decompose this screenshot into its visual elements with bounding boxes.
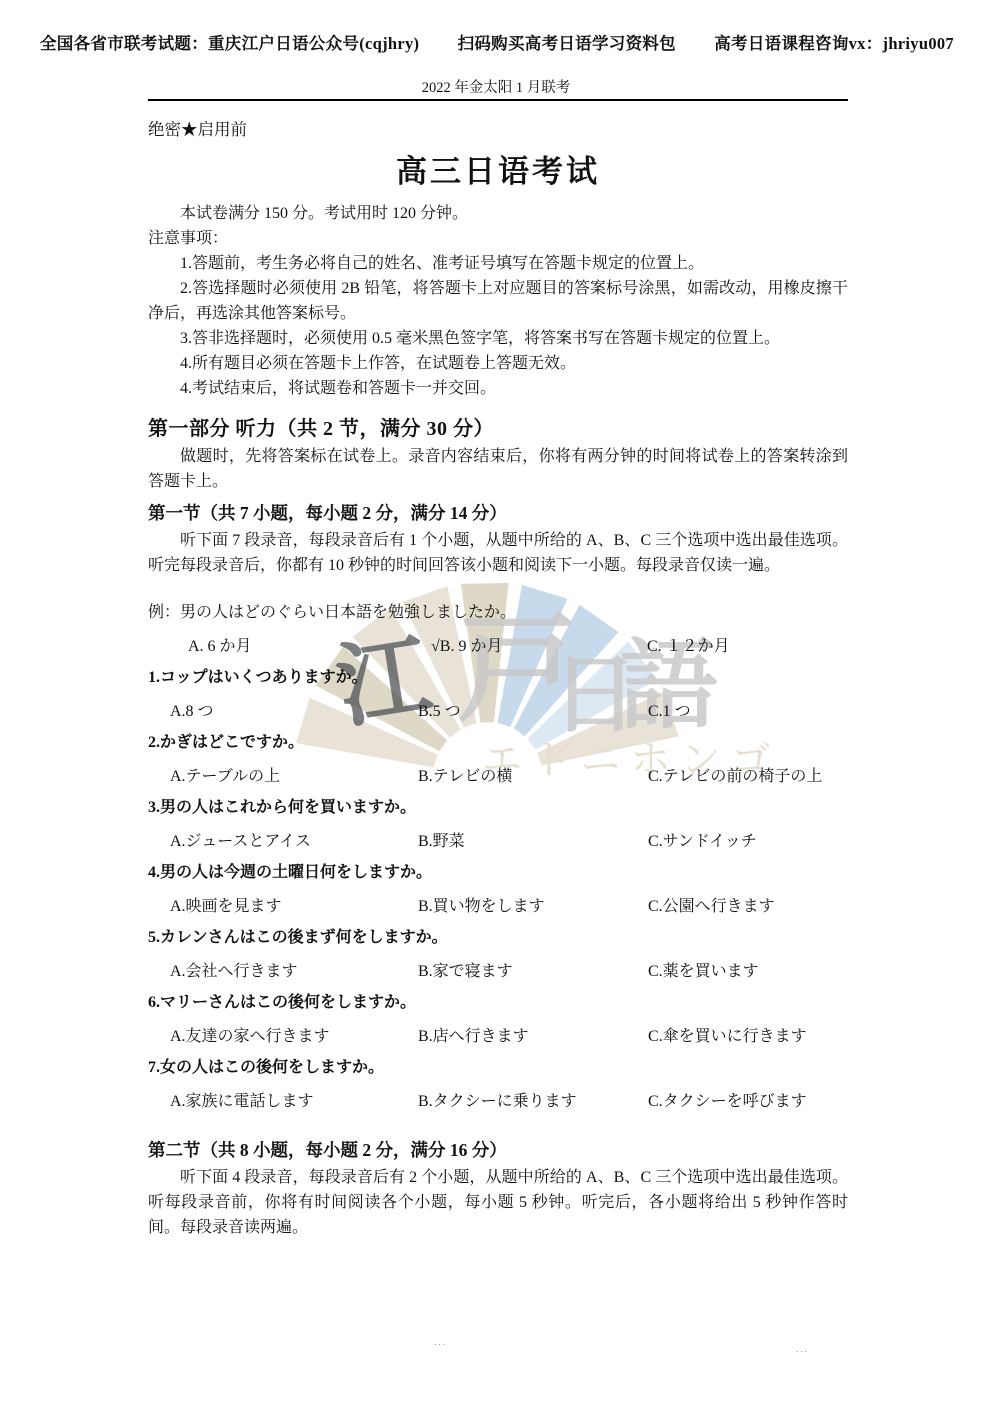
section2-block: 第二节（共 8 小题，每小题 2 分，满分 16 分） 听下面 4 段录音，每段… (148, 1137, 848, 1240)
option-b: B.タクシーに乗ります (418, 1091, 648, 1113)
header-divider (148, 99, 848, 101)
options-row: A.会社へ行きます B.家で寝ます C.薬を買います (148, 961, 848, 983)
question-block: 2.かぎはどこですか。 A.テーブルの上 B.テレビの横 C.テレビの前の椅子の… (148, 732, 848, 788)
page-title: 高三日语考试 (148, 146, 848, 191)
note-item: 4.考试结束后，将试题卷和答题卡一并交回。 (148, 376, 848, 401)
option-b: B.テレビの横 (418, 766, 648, 788)
option-c: C.サンドイッチ (648, 831, 848, 853)
promo-right-text: 高考日语课程咨询vx：jhriyu007 (714, 30, 954, 54)
note-item: 4.所有题目必须在答题卡上作答，在试题卷上答题无效。 (148, 351, 848, 376)
section2-heading: 第二节（共 8 小题，每小题 2 分，满分 16 分） (148, 1137, 848, 1162)
option-a: A.家族に電話します (170, 1091, 418, 1113)
example-options-row: A. 6 か月 √B. 9 か月 C. １２か月 (148, 636, 848, 658)
note-item: 2.答选择题时必须使用 2B 铅笔，将答题卡上对应题目的答案标号涂黑，如需改动，… (148, 276, 848, 326)
option-c: C.1 つ (648, 701, 848, 723)
option-b: B.家で寝ます (418, 961, 648, 983)
footer-print-mark-right: ··· (796, 1348, 809, 1356)
part1-intro: 做题时，先将答案标在试卷上。录音内容结束后，你将有两分钟的时间将试卷上的答案转涂… (148, 444, 848, 494)
question-stem: 5.カレンさんはこの後まず何をしますか。 (148, 927, 848, 949)
promo-header: 全国各省市联考试题：重庆江户日语公众号(cqjhry) 扫码购买高考日语学习资料… (40, 30, 954, 54)
notes-label: 注意事项： (148, 226, 848, 251)
option-a: A.友達の家へ行きます (170, 1026, 418, 1048)
example-block: 例：男の人はどのぐらい日本語を勉強しましたか。 A. 6 か月 √B. 9 か月… (148, 602, 848, 658)
options-row: A.家族に電話します B.タクシーに乗ります C.タクシーを呼びます (148, 1091, 848, 1113)
question-stem: 7.女の人はこの後何をしますか。 (148, 1057, 848, 1079)
exam-paper-page: 江 戸 日 語 エドニホンゴ 全国各省市联考试题：重庆江户日语公众号(cqjhr… (0, 0, 992, 1403)
question-stem: 3.男の人はこれから何を買いますか。 (148, 797, 848, 819)
part1-heading: 第一部分 听力（共 2 节，满分 30 分） (148, 412, 848, 441)
option-c: C.傘を買いに行きます (648, 1026, 848, 1048)
option-b: B.5 つ (418, 701, 648, 723)
question-block: 1.コップはいくつありますか。 A.8 つ B.5 つ C.1 つ (148, 667, 848, 723)
question-block: 6.マリーさんはこの後何をしますか。 A.友達の家へ行きます B.店へ行きます … (148, 992, 848, 1048)
note-item: 3.答非选择题时，必须使用 0.5 毫米黑色签字笔，将答案书写在答题卡规定的位置… (148, 326, 848, 351)
document-body: 绝密★启用前 高三日语考试 本试卷满分 150 分。考试用时 120 分钟。 注… (148, 116, 848, 1240)
option-b: B.店へ行きます (418, 1026, 648, 1048)
promo-left-text: 全国各省市联考试题：重庆江户日语公众号(cqjhry) (40, 30, 419, 54)
option-b-checked: √B. 9 か月 (431, 636, 647, 658)
option-c: C. １２か月 (647, 636, 848, 658)
options-row: A.8 つ B.5 つ C.1 つ (148, 701, 848, 723)
option-a: A.8 つ (170, 701, 418, 723)
example-stem: 例：男の人はどのぐらい日本語を勉強しましたか。 (148, 602, 848, 624)
question-stem: 2.かぎはどこですか。 (148, 732, 848, 754)
option-a: A. 6 か月 (188, 636, 431, 658)
option-a: A.テーブルの上 (170, 766, 418, 788)
question-stem: 4.男の人は今週の土曜日何をしますか。 (148, 862, 848, 884)
question-block: 3.男の人はこれから何を買いますか。 A.ジュースとアイス B.野菜 C.サンド… (148, 797, 848, 853)
option-c: C.薬を買います (648, 961, 848, 983)
option-c: C.テレビの前の椅子の上 (648, 766, 848, 788)
options-row: A.ジュースとアイス B.野菜 C.サンドイッチ (148, 831, 848, 853)
exam-info: 本试卷满分 150 分。考试用时 120 分钟。 (148, 201, 848, 226)
section2-intro: 听下面 4 段录音，每段录音后有 2 个小题，从题中所给的 A、B、C 三个选项… (148, 1165, 848, 1240)
option-a: A.映画を見ます (170, 896, 418, 918)
section1-heading: 第一节（共 7 小题，每小题 2 分，满分 14 分） (148, 500, 848, 525)
option-b: B.野菜 (418, 831, 648, 853)
option-a: A.会社へ行きます (170, 961, 418, 983)
question-block: 7.女の人はこの後何をしますか。 A.家族に電話します B.タクシーに乗ります … (148, 1057, 848, 1113)
options-row: A.テーブルの上 B.テレビの横 C.テレビの前の椅子の上 (148, 766, 848, 788)
option-c: C.公園へ行きます (648, 896, 848, 918)
promo-mid-text: 扫码购买高考日语学习资料包 (458, 30, 676, 54)
question-block: 4.男の人は今週の土曜日何をしますか。 A.映画を見ます B.買い物をします C… (148, 862, 848, 918)
section1-intro: 听下面 7 段录音，每段录音后有 1 个小题，从题中所给的 A、B、C 三个选项… (148, 528, 848, 578)
option-c: C.タクシーを呼びます (648, 1091, 848, 1113)
option-a: A.ジュースとアイス (170, 831, 418, 853)
footer-print-mark-left: ··· (434, 1341, 447, 1349)
question-block: 5.カレンさんはこの後まず何をしますか。 A.会社へ行きます B.家で寝ます C… (148, 927, 848, 983)
note-item: 1.答题前，考生务必将自己的姓名、准考证号填写在答题卡规定的位置上。 (148, 251, 848, 276)
options-row: A.映画を見ます B.買い物をします C.公園へ行きます (148, 896, 848, 918)
exam-session-title: 2022 年金太阳 1 月联考 (0, 76, 992, 97)
options-row: A.友達の家へ行きます B.店へ行きます C.傘を買いに行きます (148, 1026, 848, 1048)
question-stem: 6.マリーさんはこの後何をしますか。 (148, 992, 848, 1014)
secrecy-notice: 绝密★启用前 (148, 116, 848, 140)
option-b: B.買い物をします (418, 896, 648, 918)
question-stem: 1.コップはいくつありますか。 (148, 667, 848, 689)
